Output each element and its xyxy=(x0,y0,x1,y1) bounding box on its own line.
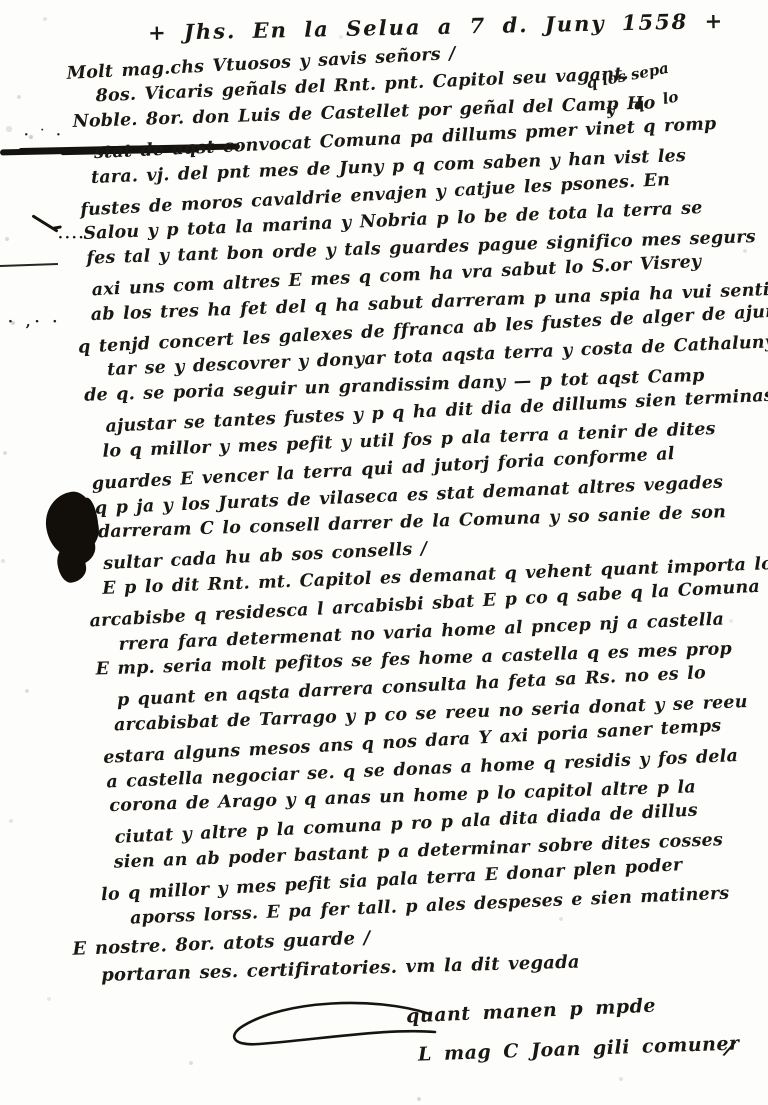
letter-body: Molt mag.chs Vtuosos y savis señors /8os… xyxy=(56,29,768,935)
margin-dots-mark: · ˙ · xyxy=(24,128,64,143)
signature-line-order: quant manen p mpde xyxy=(406,995,657,1028)
margin-arrow-mark xyxy=(31,214,58,232)
margin-dash-mark xyxy=(0,263,58,267)
signature-line-name: L mag C Joan gili comuner xyxy=(418,1032,740,1065)
manuscript-page: + Jhs. En la Selua a 7 d. Juny 1558 + q … xyxy=(0,0,768,1105)
scan-noise-specks xyxy=(0,0,2,2)
signature-flourish xyxy=(225,992,440,1067)
margin-dots-mark: · ,· · xyxy=(8,314,61,330)
